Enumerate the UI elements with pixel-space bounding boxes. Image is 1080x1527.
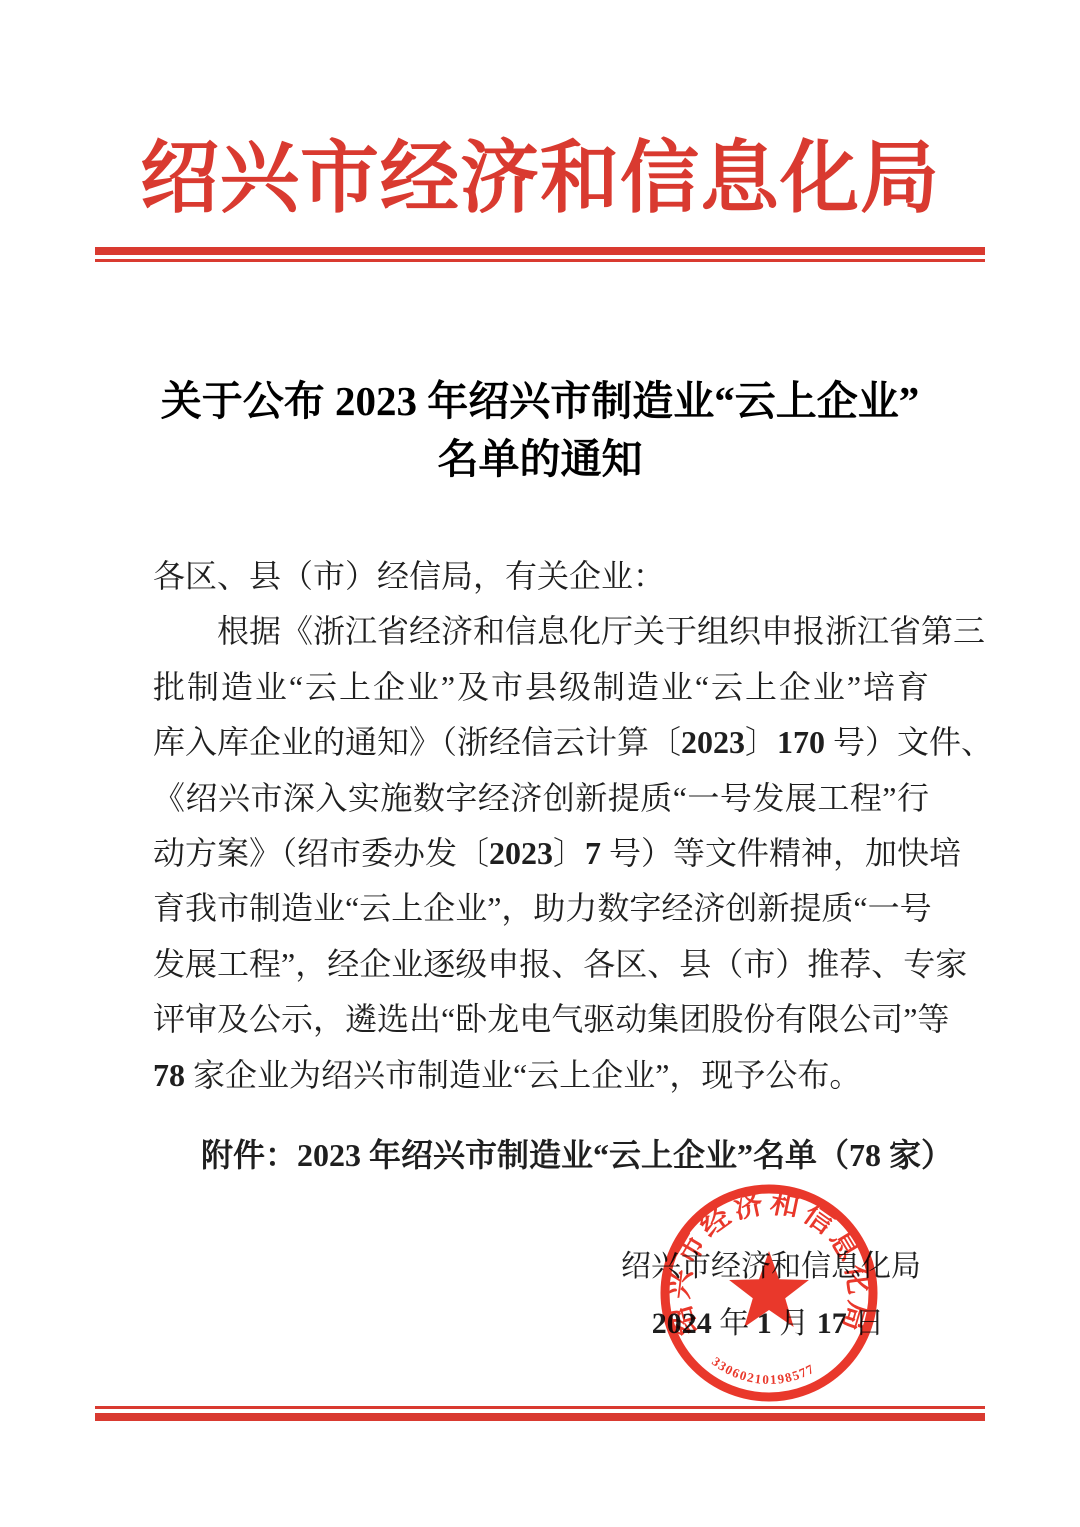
- official-seal: 绍兴市经济和信息化局 33060210198577: [652, 1176, 886, 1410]
- document-title-line2: 名单的通知: [0, 430, 1080, 488]
- body-line: 库入库企业的通知》（浙经信云计算〔2023〕170 号）文件、: [153, 715, 929, 770]
- divider-thick-line: [95, 1413, 985, 1421]
- seal-star-icon: [729, 1251, 809, 1327]
- body-salutation: 各区、县（市）经信局，有关企业：: [153, 549, 929, 604]
- body-line: 根据《浙江省经济和信息化厅关于组织申报浙江省第三: [153, 604, 929, 659]
- body-line: 动方案》（绍市委办发〔2023〕7 号）等文件精神，加快培: [153, 826, 929, 881]
- masthead-divider: [95, 247, 985, 262]
- document-title: 关于公布 2023 年绍兴市制造业“云上企业” 名单的通知: [0, 372, 1080, 488]
- document-page: 绍兴市经济和信息化局 关于公布 2023 年绍兴市制造业“云上企业” 名单的通知…: [0, 0, 1080, 1527]
- document-title-line1: 关于公布 2023 年绍兴市制造业“云上企业”: [0, 372, 1080, 430]
- body-line: 批制造业“云上企业”及市县级制造业“云上企业”培育: [153, 660, 929, 715]
- document-body: 各区、县（市）经信局，有关企业： 根据《浙江省经济和信息化厅关于组织申报浙江省第…: [153, 549, 929, 1103]
- attachment-line: 附件：2023 年绍兴市制造业“云上企业”名单（78 家）: [153, 1128, 929, 1183]
- body-line: 78 家企业为绍兴市制造业“云上企业”，现予公布。: [153, 1048, 929, 1103]
- footer-divider: [95, 1406, 985, 1421]
- divider-thick-line: [95, 247, 985, 255]
- body-line: 育我市制造业“云上企业”，助力数字经济创新提质“一号: [153, 881, 929, 936]
- divider-thin-line: [95, 1406, 985, 1409]
- divider-thin-line: [95, 259, 985, 262]
- body-line: 《绍兴市深入实施数字经济创新提质“一号发展工程”行: [153, 771, 929, 826]
- body-line: 发展工程”，经企业逐级申报、各区、县（市）推荐、专家: [153, 937, 929, 992]
- seal-code-text: 33060210198577: [709, 1354, 817, 1387]
- body-line: 评审及公示，遴选出“卧龙电气驱动集团股份有限公司”等: [153, 992, 929, 1047]
- agency-masthead: 绍兴市经济和信息化局: [0, 140, 1080, 219]
